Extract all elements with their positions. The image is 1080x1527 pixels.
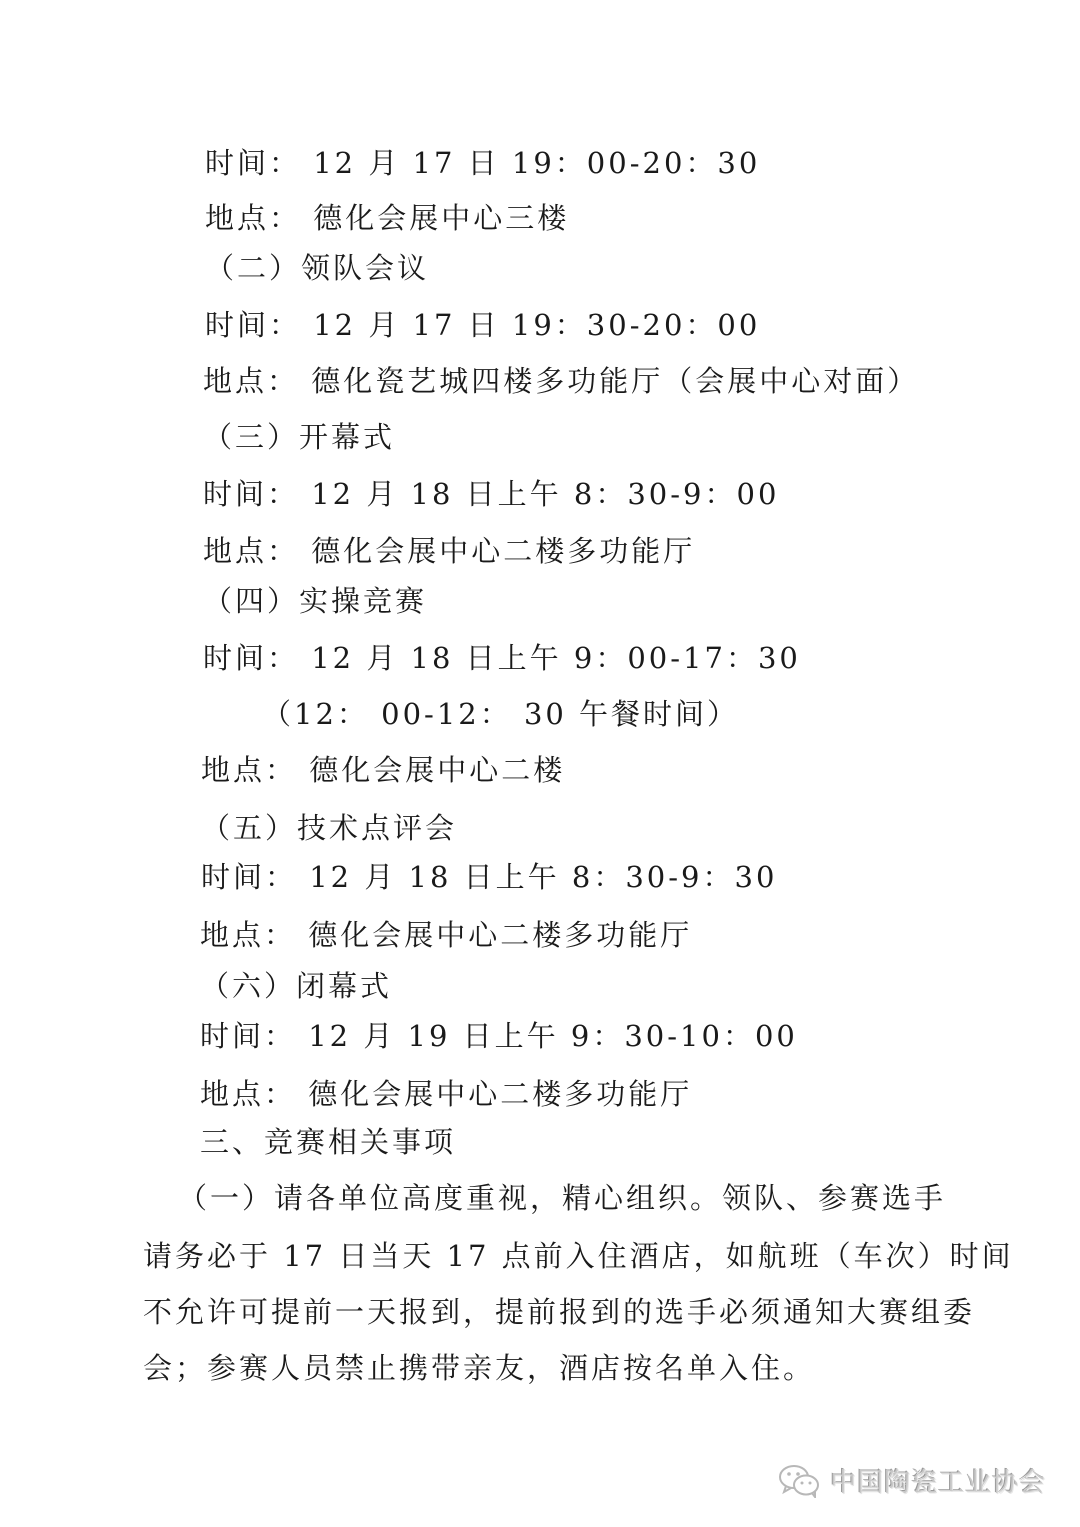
text-line: 地点： 德化会展中心二楼多功能厅 <box>203 531 695 571</box>
text-line: 请务必于 17 日当天 17 点前入住酒店，如航班（车次）时间 <box>143 1236 1014 1276</box>
text-line: 三、竞赛相关事项 <box>200 1122 456 1162</box>
text-line: （六）闭幕式 <box>200 966 392 1006</box>
watermark-text: 中国陶瓷工业协会 <box>830 1462 1046 1499</box>
text-line: 时间： 12 月 18 日上午 8：30-9：00 <box>203 474 779 514</box>
text-line: 时间： 12 月 17 日 19：00-20：30 <box>205 143 760 183</box>
text-line: （五）技术点评会 <box>201 808 457 848</box>
text-line: 不允许可提前一天报到，提前报到的选手必须通知大赛组委 <box>143 1292 975 1332</box>
text-line: 时间： 12 月 18 日上午 9：00-17：30 <box>203 638 801 678</box>
text-line: （一）请各单位高度重视，精心组织。领队、参赛选手 <box>178 1178 946 1218</box>
text-line: 地点： 德化瓷艺城四楼多功能厅（会展中心对面） <box>203 361 919 401</box>
wechat-icon <box>778 1464 822 1498</box>
text-line: （12： 00-12： 30 午餐时间） <box>262 694 739 734</box>
text-line: 地点： 德化会展中心二楼多功能厅 <box>200 915 692 955</box>
text-line: 地点： 德化会展中心二楼多功能厅 <box>200 1074 692 1114</box>
watermark: 中国陶瓷工业协会 <box>778 1462 1046 1499</box>
text-line: 地点： 德化会展中心二楼 <box>201 750 565 790</box>
text-line: 会；参赛人员禁止携带亲友，酒店按名单入住。 <box>143 1348 815 1388</box>
text-line: （四）实操竞赛 <box>203 581 427 621</box>
text-line: 地点： 德化会展中心三楼 <box>205 198 569 238</box>
text-line: 时间： 12 月 17 日 19：30-20：00 <box>205 305 760 345</box>
text-line: （三）开幕式 <box>203 417 395 457</box>
text-line: （二）领队会议 <box>205 248 429 288</box>
text-line: 时间： 12 月 19 日上午 9：30-10：00 <box>200 1016 798 1056</box>
text-line: 时间： 12 月 18 日上午 8：30-9：30 <box>201 857 777 897</box>
